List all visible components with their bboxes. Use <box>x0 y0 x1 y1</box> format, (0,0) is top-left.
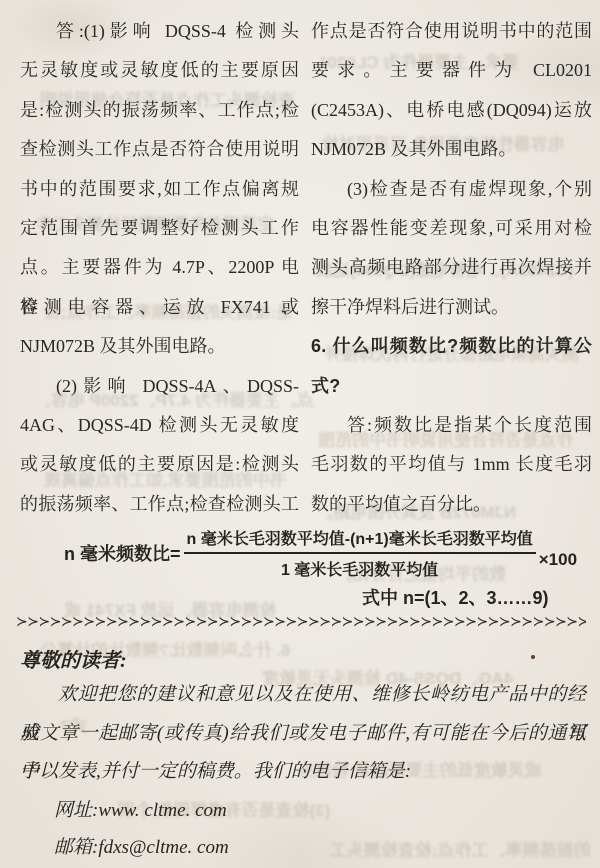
email-label: 邮箱: <box>54 837 98 858</box>
formula-where-clause: 式中 n=(1、2、3……9) <box>362 584 549 610</box>
email-address: fdxs@cltme. com <box>98 837 228 858</box>
ink-speck <box>531 655 535 659</box>
text-line: NJM072B 及其外围电路。 <box>20 327 299 366</box>
text-line: 点。主要器件为 4.7P、2200P 电容、 <box>20 248 299 287</box>
text-line: 式? <box>311 367 592 406</box>
formula-lhs: n 毫米频数比= <box>64 540 181 566</box>
text-column-left: 答:(1)影响 DQSS-4 检测头无灵敏度或灵敏度低的主要原因是:检测头的振荡… <box>20 12 299 524</box>
contact-block: 网址:www. cltme. com 邮箱:fdxs@cltme. com <box>54 792 229 866</box>
text-line: 或灵敏度低的主要原因是:检测头 <box>20 445 299 484</box>
scanned-book-page: 查检测头工作点是否符合使用说明定范围首先要调整好检测头工作是:检测头的振荡频率、… <box>0 0 600 868</box>
text-line: 检测电容器、运放 FX741 或 <box>20 288 299 327</box>
formula-numerator: n 毫米长毛羽数平均值-(n+1)毫米长毛羽数平均值 <box>184 526 536 554</box>
chevron-separator-rule: ≻≻≻≻≻≻≻≻≻≻≻≻≻≻≻≻≻≻≻≻≻≻≻≻≻≻≻≻≻≻≻≻≻≻≻≻≻≻≻≻… <box>16 611 586 633</box>
formula-multiplier: ×100 <box>539 550 577 570</box>
text-line: 数的平均值之百分比。 <box>311 485 592 524</box>
text-line: 要求。主要器件为 CL0201 <box>311 51 592 90</box>
text-line: 成文章一起邮寄(或传真)给我们或发电子邮件,有可能在今后的通讯中 <box>20 715 586 754</box>
text-line: 4AG、DQSS-4D 检测头无灵敏度 <box>20 406 299 445</box>
bleed-through-text: 的振荡频率、工作点;检查检测头工 <box>330 836 591 861</box>
text-line: (3)检查是否有虚焊现象,个别 <box>311 170 592 209</box>
text-line: 擦干净焊料后进行测试。 <box>311 288 592 327</box>
formula-denominator: 1 毫米长毛羽数平均值 <box>184 554 536 580</box>
formula-fraction: n 毫米长毛羽数平均值-(n+1)毫米长毛羽数平均值 1 毫米长毛羽数平均值 <box>184 526 536 580</box>
website-label: 网址: <box>54 800 98 821</box>
reader-note-salutation: 尊敬的读者: <box>20 644 127 673</box>
text-line: 定范围首先要调整好检测头工作 <box>20 209 299 248</box>
text-line: 电容器性能变差现象,可采用对检 <box>311 209 592 248</box>
text-line: (C2453A)、电桥电感(DQ094)运放 <box>311 91 592 130</box>
text-line: 6. 什么叫频数比?频数比的计算公 <box>311 327 592 366</box>
text-line: 书中的范围要求,如工作点偏离规 <box>20 170 299 209</box>
text-line: NJM072B 及其外围电路。 <box>311 130 592 169</box>
text-column-right: 作点是否符合使用说明书中的范围要求。主要器件为 CL0201(C2453A)、电… <box>311 12 592 524</box>
website-url: www. cltme. com <box>98 800 226 821</box>
text-line: 作点是否符合使用说明书中的范围 <box>311 12 592 51</box>
text-line: 答:频数比是指某个长度范围 <box>311 406 592 445</box>
text-line: 欢迎把您的建议和意见以及在使用、维修长岭纺电产品中的经验写 <box>20 676 586 715</box>
email-line: 邮箱:fdxs@cltme. com <box>54 829 229 866</box>
text-line: 的振荡频率、工作点;检查检测头工 <box>20 485 299 524</box>
text-line: 答:(1)影响 DQSS-4 检测头 <box>20 12 299 51</box>
frequency-ratio-formula: n 毫米频数比= n 毫米长毛羽数平均值-(n+1)毫米长毛羽数平均值 1 毫米… <box>64 526 577 580</box>
text-line: 测头高频电路部分进行再次焊接并 <box>311 248 592 287</box>
text-line: 是:检测头的振荡频率、工作点;检 <box>20 91 299 130</box>
text-line: 无灵敏度或灵敏度低的主要原因 <box>20 51 299 90</box>
text-line: (2)影响 DQSS-4A、DQSS- <box>20 367 299 406</box>
text-line: 查检测头工作点是否符合使用说明 <box>20 130 299 169</box>
text-line: 毛羽数的平均值与 1mm 长度毛羽 <box>311 445 592 484</box>
website-line: 网址:www. cltme. com <box>54 792 229 829</box>
text-line: 予以发表,并付一定的稿费。我们的电子信箱是: <box>20 753 586 792</box>
reader-note-body: 欢迎把您的建议和意见以及在使用、维修长岭纺电产品中的经验写成文章一起邮寄(或传真… <box>20 676 586 792</box>
